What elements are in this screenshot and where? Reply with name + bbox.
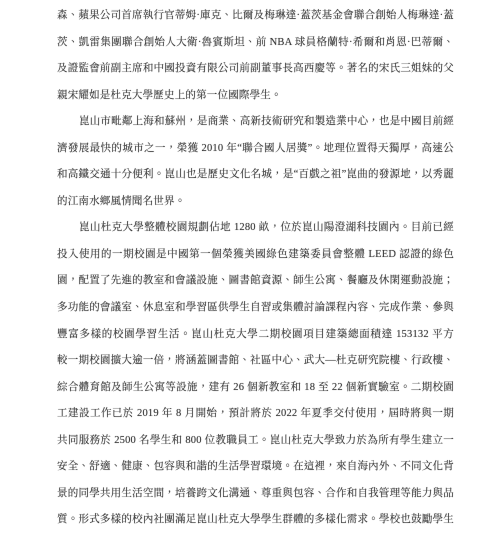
text-line: 和高鐵交通十分便利。崑山也是歷史文化名城，是“百戲之祖”崑曲的發源地，以秀麗	[57, 162, 454, 189]
text-line: 多功能的會議室、休息室和學習區供學生自習或集體討論課程內容、完成作業、參與	[57, 295, 454, 322]
text-line: 質。形式多樣的校內社團滿足崑山杜克大學學生群體的多樣化需求。學校也鼓勵學生	[57, 507, 454, 534]
text-line: 工建設工作已於 2019 年 8 月開始，預計將於 2022 年夏季交付使用，屆…	[57, 401, 454, 428]
text-line: 及證監會前副主席和中國投資有限公司前副董事長高西慶等。著名的宋氏三姐妹的父	[57, 56, 454, 83]
document-page: 森、蘋果公司首席執行官蒂姆·庫克、比爾及梅琳達·蓋茨基金會聯合創始人梅琳達·蓋茨…	[0, 0, 500, 534]
text-line: 茨、凱雷集團聯合創始人大衛·魯賓斯坦、前 NBA 球員格蘭特·希爾和肖恩·巴蒂爾…	[57, 30, 454, 57]
text-line: 親宋耀如是杜克大學歷史上的第一位國際學生。	[57, 83, 454, 110]
text-line: 森、蘋果公司首席執行官蒂姆·庫克、比爾及梅琳達·蓋茨基金會聯合創始人梅琳達·蓋	[57, 3, 454, 30]
text-line: 的江南水鄉風情聞名世界。	[57, 189, 454, 216]
paragraph: 崑山杜克大學整體校園規劃佔地 1280 畝，位於崑山陽澄湖科技園內。目前已經投入…	[57, 215, 454, 534]
paragraph: 崑山市毗鄰上海和蘇州，是商業、高新技術研究和製造業中心，也是中國目前經濟發展最快…	[57, 109, 454, 215]
text-line: 景的同學共用生活空間，培養跨文化溝通、尊重與包容、合作和自我管理等能力與品	[57, 481, 454, 508]
text-line: 崑山市毗鄰上海和蘇州，是商業、高新技術研究和製造業中心，也是中國目前經	[57, 109, 454, 136]
text-line: 綜合體育館及師生公寓等設施，建有 26 個新教室和 18 至 22 個新實驗室。…	[57, 375, 454, 402]
text-line: 共同服務於 2500 名學生和 800 位教職員工。崑山杜克大學致力於為所有學生…	[57, 428, 454, 455]
text-line: 園，配置了先進的教室和會議設施、圖書館資源、師生公寓、餐廳及休閑運動設施；	[57, 268, 454, 295]
text-line: 投入使用的一期校園是中國第一個榮獲美國綠色建築委員會整體 LEED 認證的綠色校	[57, 242, 454, 269]
text-line: 豐富多樣的校園學習生活。崑山杜克大學二期校園項目建築總面積達 153132 平方…	[57, 322, 454, 349]
text-line: 較一期校園擴大逾一倍，將涵蓋圖書館、社區中心、武大—杜克研究院樓、行政樓、	[57, 348, 454, 375]
text-line: 崑山杜克大學整體校園規劃佔地 1280 畝，位於崑山陽澄湖科技園內。目前已經	[57, 215, 454, 242]
document-body: 森、蘋果公司首席執行官蒂姆·庫克、比爾及梅琳達·蓋茨基金會聯合創始人梅琳達·蓋茨…	[0, 0, 500, 534]
text-line: 濟發展最快的城市之一，榮獲 2010 年“聯合國人居獎”。地理位置得天獨厚，高速…	[57, 136, 454, 163]
text-line: 安全、舒適、健康、包容與和諧的生活學習環境。在這裡，來自海內外、不同文化背	[57, 454, 454, 481]
paragraph: 森、蘋果公司首席執行官蒂姆·庫克、比爾及梅琳達·蓋茨基金會聯合創始人梅琳達·蓋茨…	[57, 3, 454, 109]
